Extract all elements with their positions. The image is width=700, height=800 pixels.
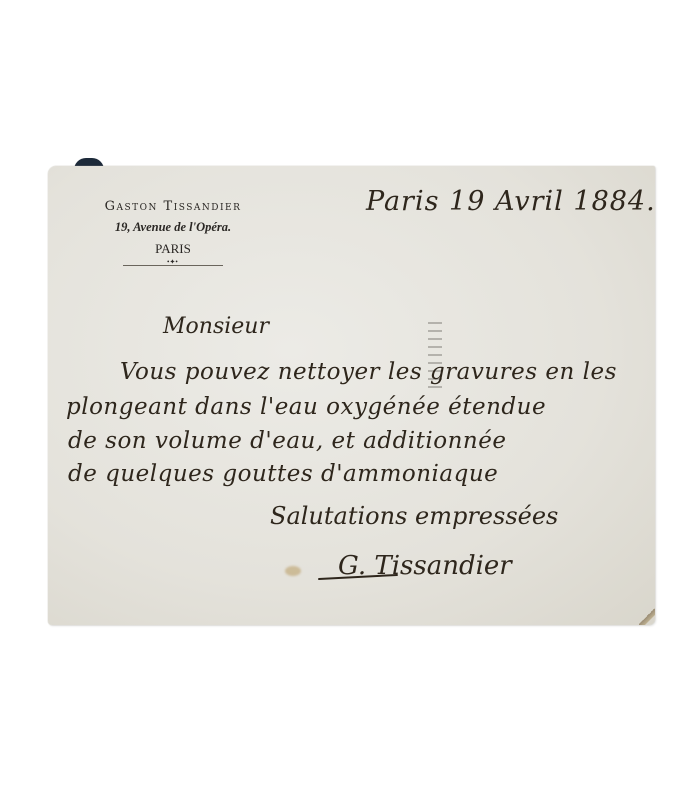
corner-wear — [639, 607, 655, 625]
body-line: de quelques gouttes d'ammoniaque — [68, 461, 498, 487]
body-line: Vous pouvez nettoyer les gravures en les — [120, 359, 617, 385]
letterhead: Gaston Tissandier 19, Avenue de l'Opéra.… — [88, 199, 258, 266]
letterhead-city: PARIS — [88, 241, 258, 257]
body-line: de son volume d'eau, et additionnée — [68, 428, 506, 454]
letter-card: Gaston Tissandier 19, Avenue de l'Opéra.… — [48, 166, 655, 625]
body-line: plongeant dans l'eau oxygénée étendue — [66, 394, 546, 420]
letterhead-name: Gaston Tissandier — [88, 199, 258, 214]
letter-closing: Salutations empressées — [270, 502, 558, 530]
foxing-stain — [285, 566, 301, 576]
letter-signature: G. Tissandier — [338, 551, 512, 581]
letterhead-address: 19, Avenue de l'Opéra. — [88, 220, 258, 235]
letter-date: Paris 19 Avril 1884. — [366, 186, 656, 217]
ornament-rule — [123, 265, 223, 266]
letter-salutation: Monsieur — [163, 314, 269, 339]
